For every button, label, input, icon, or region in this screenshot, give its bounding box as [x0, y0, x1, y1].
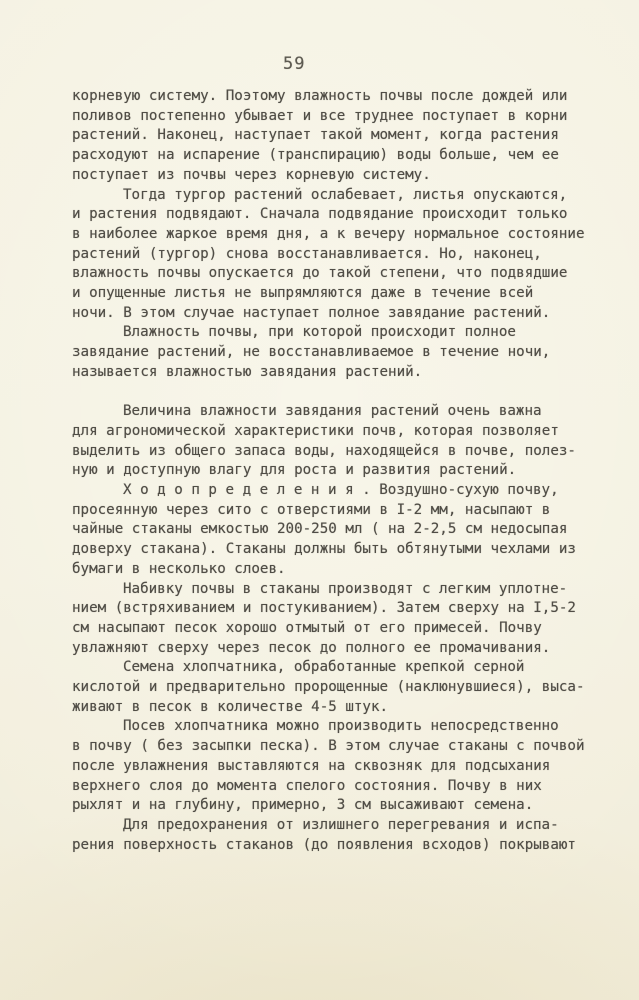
paragraph: Семена хлопчатника, обработанные крепкой… [72, 658, 612, 717]
paragraph: Посев хлопчатника можно производить непо… [72, 717, 612, 816]
paragraph: Х о д о п р е д е л е н и я . Воздушно-с… [72, 481, 612, 580]
text-block: корневую систему. Поэтому влажность почв… [72, 87, 612, 855]
scanned-document-page: 59 корневую систему. Поэтому влажность п… [0, 0, 639, 1000]
page-number: 59 [283, 54, 305, 74]
paragraph: Влажность почвы, при которой происходит … [72, 323, 612, 382]
paragraph: Тогда тургор растений ослабевает, листья… [72, 186, 612, 324]
paragraph: Величина влажности завядания растений оч… [72, 402, 612, 481]
paragraph: корневую систему. Поэтому влажность почв… [72, 87, 612, 186]
paragraph: Набивку почвы в стаканы производят с лег… [72, 580, 612, 659]
paragraph: Для предохранения от излишнего перегрева… [72, 816, 612, 855]
